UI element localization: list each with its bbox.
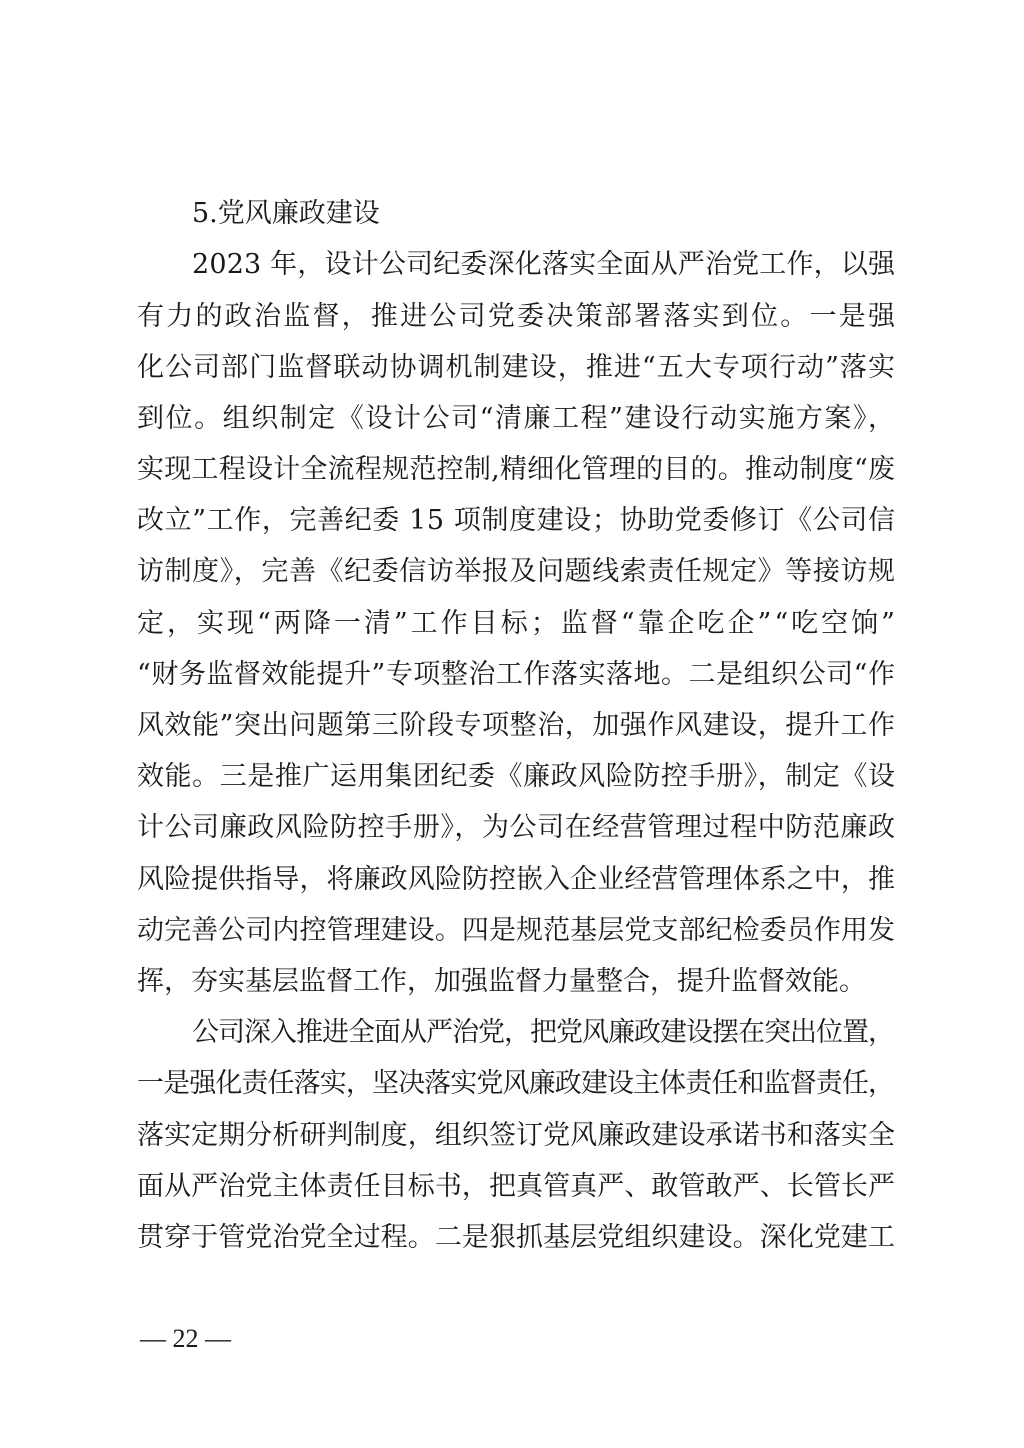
paragraph-2-line-4: 面从严治党主体责任目标书，把真管真严、敢管敢严、长管长严 [137,1167,895,1207]
paragraph-2-line-1: 公司深入推进全面从严治党，把党风廉政建设摆在突出位置， [192,1013,895,1053]
paragraph-1-line-15: 挥，夯实基层监督工作，加强监督力量整合，提升监督效能。 [137,962,866,1002]
section-heading: 5.党风廉政建设 [192,194,380,234]
paragraph-1-line-1: 2023 年，设计公司纪委深化落实全面从严治党工作，以强 [192,245,895,285]
paragraph-1-line-5: 实现工程设计全流程规范控制,精细化管理的目的。推动制度“废 [137,450,895,490]
page-number: — 22 — [140,1319,231,1359]
paragraph-1-line-7: 访制度》，完善《纪委信访举报及问题线索责任规定》等接访规 [137,552,895,592]
paragraph-1-line-12: 计公司廉政风险防控手册》，为公司在经营管理过程中防范廉政 [137,808,895,848]
paragraph-2-line-5: 贯穿于管党治党全过程。二是狠抓基层党组织建设。深化党建工 [137,1218,895,1258]
paragraph-1-line-9: “财务监督效能提升”专项整治工作落实落地。二是组织公司“作 [137,655,895,695]
paragraph-1-line-3: 化公司部门监督联动协调机制建设，推进“五大专项行动”落实 [137,348,895,388]
paragraph-1-line-14: 动完善公司内控管理建设。四是规范基层党支部纪检委员作用发 [137,911,895,951]
paragraph-1-line-8: 定，实现“两降一清”工作目标；监督“靠企吃企”“吃空饷” [137,604,895,644]
paragraph-1-line-13: 风险提供指导，将廉政风险防控嵌入企业经营管理体系之中，推 [137,860,895,900]
paragraph-1-line-4: 到位。组织制定《设计公司“清廉工程”建设行动实施方案》， [137,399,895,439]
paragraph-2-line-2: 一是强化责任落实，坚决落实党风廉政建设主体责任和监督责任， [137,1064,895,1104]
paragraph-1-line-2: 有力的政治监督，推进公司党委决策部署落实到位。一是强 [137,297,895,337]
paragraph-2-line-3: 落实定期分析研判制度，组织签订党风廉政建设承诺书和落实全 [137,1116,895,1156]
paragraph-1-line-10: 风效能”突出问题第三阶段专项整治，加强作风建设，提升工作 [137,706,895,746]
document-page: 5.党风廉政建设 2023 年，设计公司纪委深化落实全面从严治党工作，以强 有力… [0,0,1024,1448]
paragraph-1-line-6: 改立”工作，完善纪委 15 项制度建设；协助党委修订《公司信 [137,501,895,541]
paragraph-1-line-11: 效能。三是推广运用集团纪委《廉政风险防控手册》，制定《设 [137,757,895,797]
